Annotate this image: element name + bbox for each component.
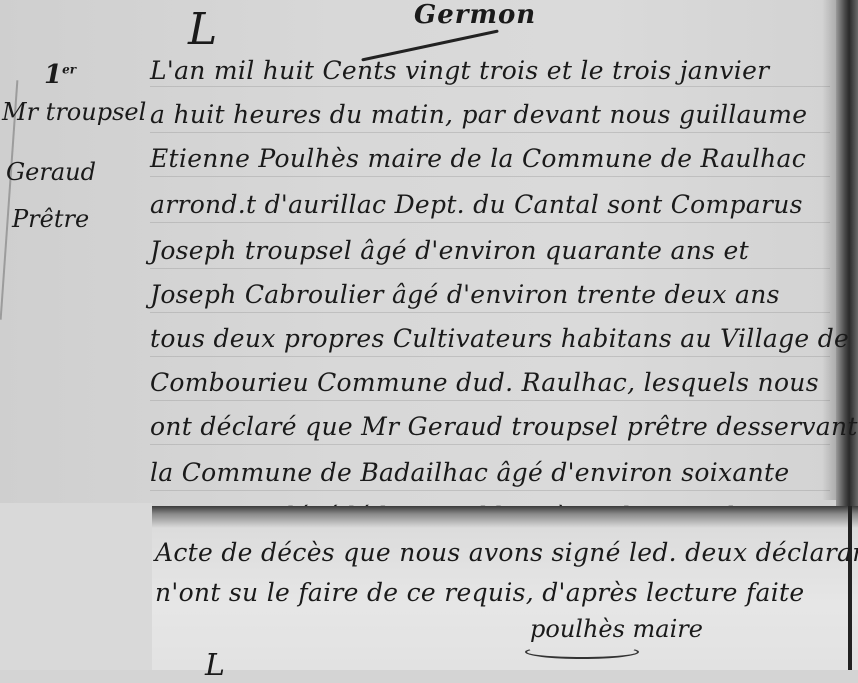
text-line: Etienne Poulhès maire de la Commune de R… <box>150 146 806 171</box>
margin-occupation: Prêtre <box>12 205 89 233</box>
document-scan: L Germon 1er Mr troupsel Geraud Prêtre L… <box>0 0 858 670</box>
ruled-line <box>150 312 830 313</box>
entry-number-suffix: er <box>62 62 76 76</box>
ruled-line <box>150 444 830 445</box>
header-annotation: Germon <box>414 0 536 30</box>
ruled-line <box>150 222 830 223</box>
ruled-line <box>150 490 830 491</box>
entry-number: 1er <box>44 60 76 90</box>
text-line: ont déclaré que Mr Geraud troupsel prêtr… <box>150 414 858 439</box>
text-line: Joseph Cabroulier âgé d'environ trente d… <box>150 282 780 307</box>
margin-name-surname: Mr troupsel <box>2 98 146 126</box>
decorative-initial: L <box>188 4 217 55</box>
text-line: Joseph troupsel âgé d'environ quarante a… <box>150 238 749 263</box>
ruled-line <box>150 176 830 177</box>
text-line: L'an mil huit Cents vingt trois et le tr… <box>150 58 769 83</box>
entry-number-value: 1 <box>44 60 62 90</box>
text-line: tous deux propres Cultivateurs habitans … <box>150 326 849 351</box>
ruled-line <box>150 86 830 87</box>
margin-name-given: Geraud <box>6 158 96 186</box>
ruled-line <box>150 356 830 357</box>
text-line: a huit heures du matin, par devant nous … <box>150 102 807 127</box>
ruled-line <box>150 132 830 133</box>
text-line: la Commune de Badailhac âgé d'environ so… <box>150 460 789 485</box>
ruled-line <box>150 400 830 401</box>
text-line: arrond.t d'aurillac Dept. du Cantal sont… <box>150 192 803 217</box>
text-line: un an est décédé le jour d'hier à six he… <box>150 504 751 529</box>
text-line: Combourieu de tout quoi avons dressé le … <box>150 592 788 617</box>
text-line: Combourieu Commune dud. Raulhac, lesquel… <box>150 370 819 395</box>
ruled-line <box>150 268 830 269</box>
text-line: matin dans sa Maison paternelle aud. Vil… <box>150 548 775 573</box>
